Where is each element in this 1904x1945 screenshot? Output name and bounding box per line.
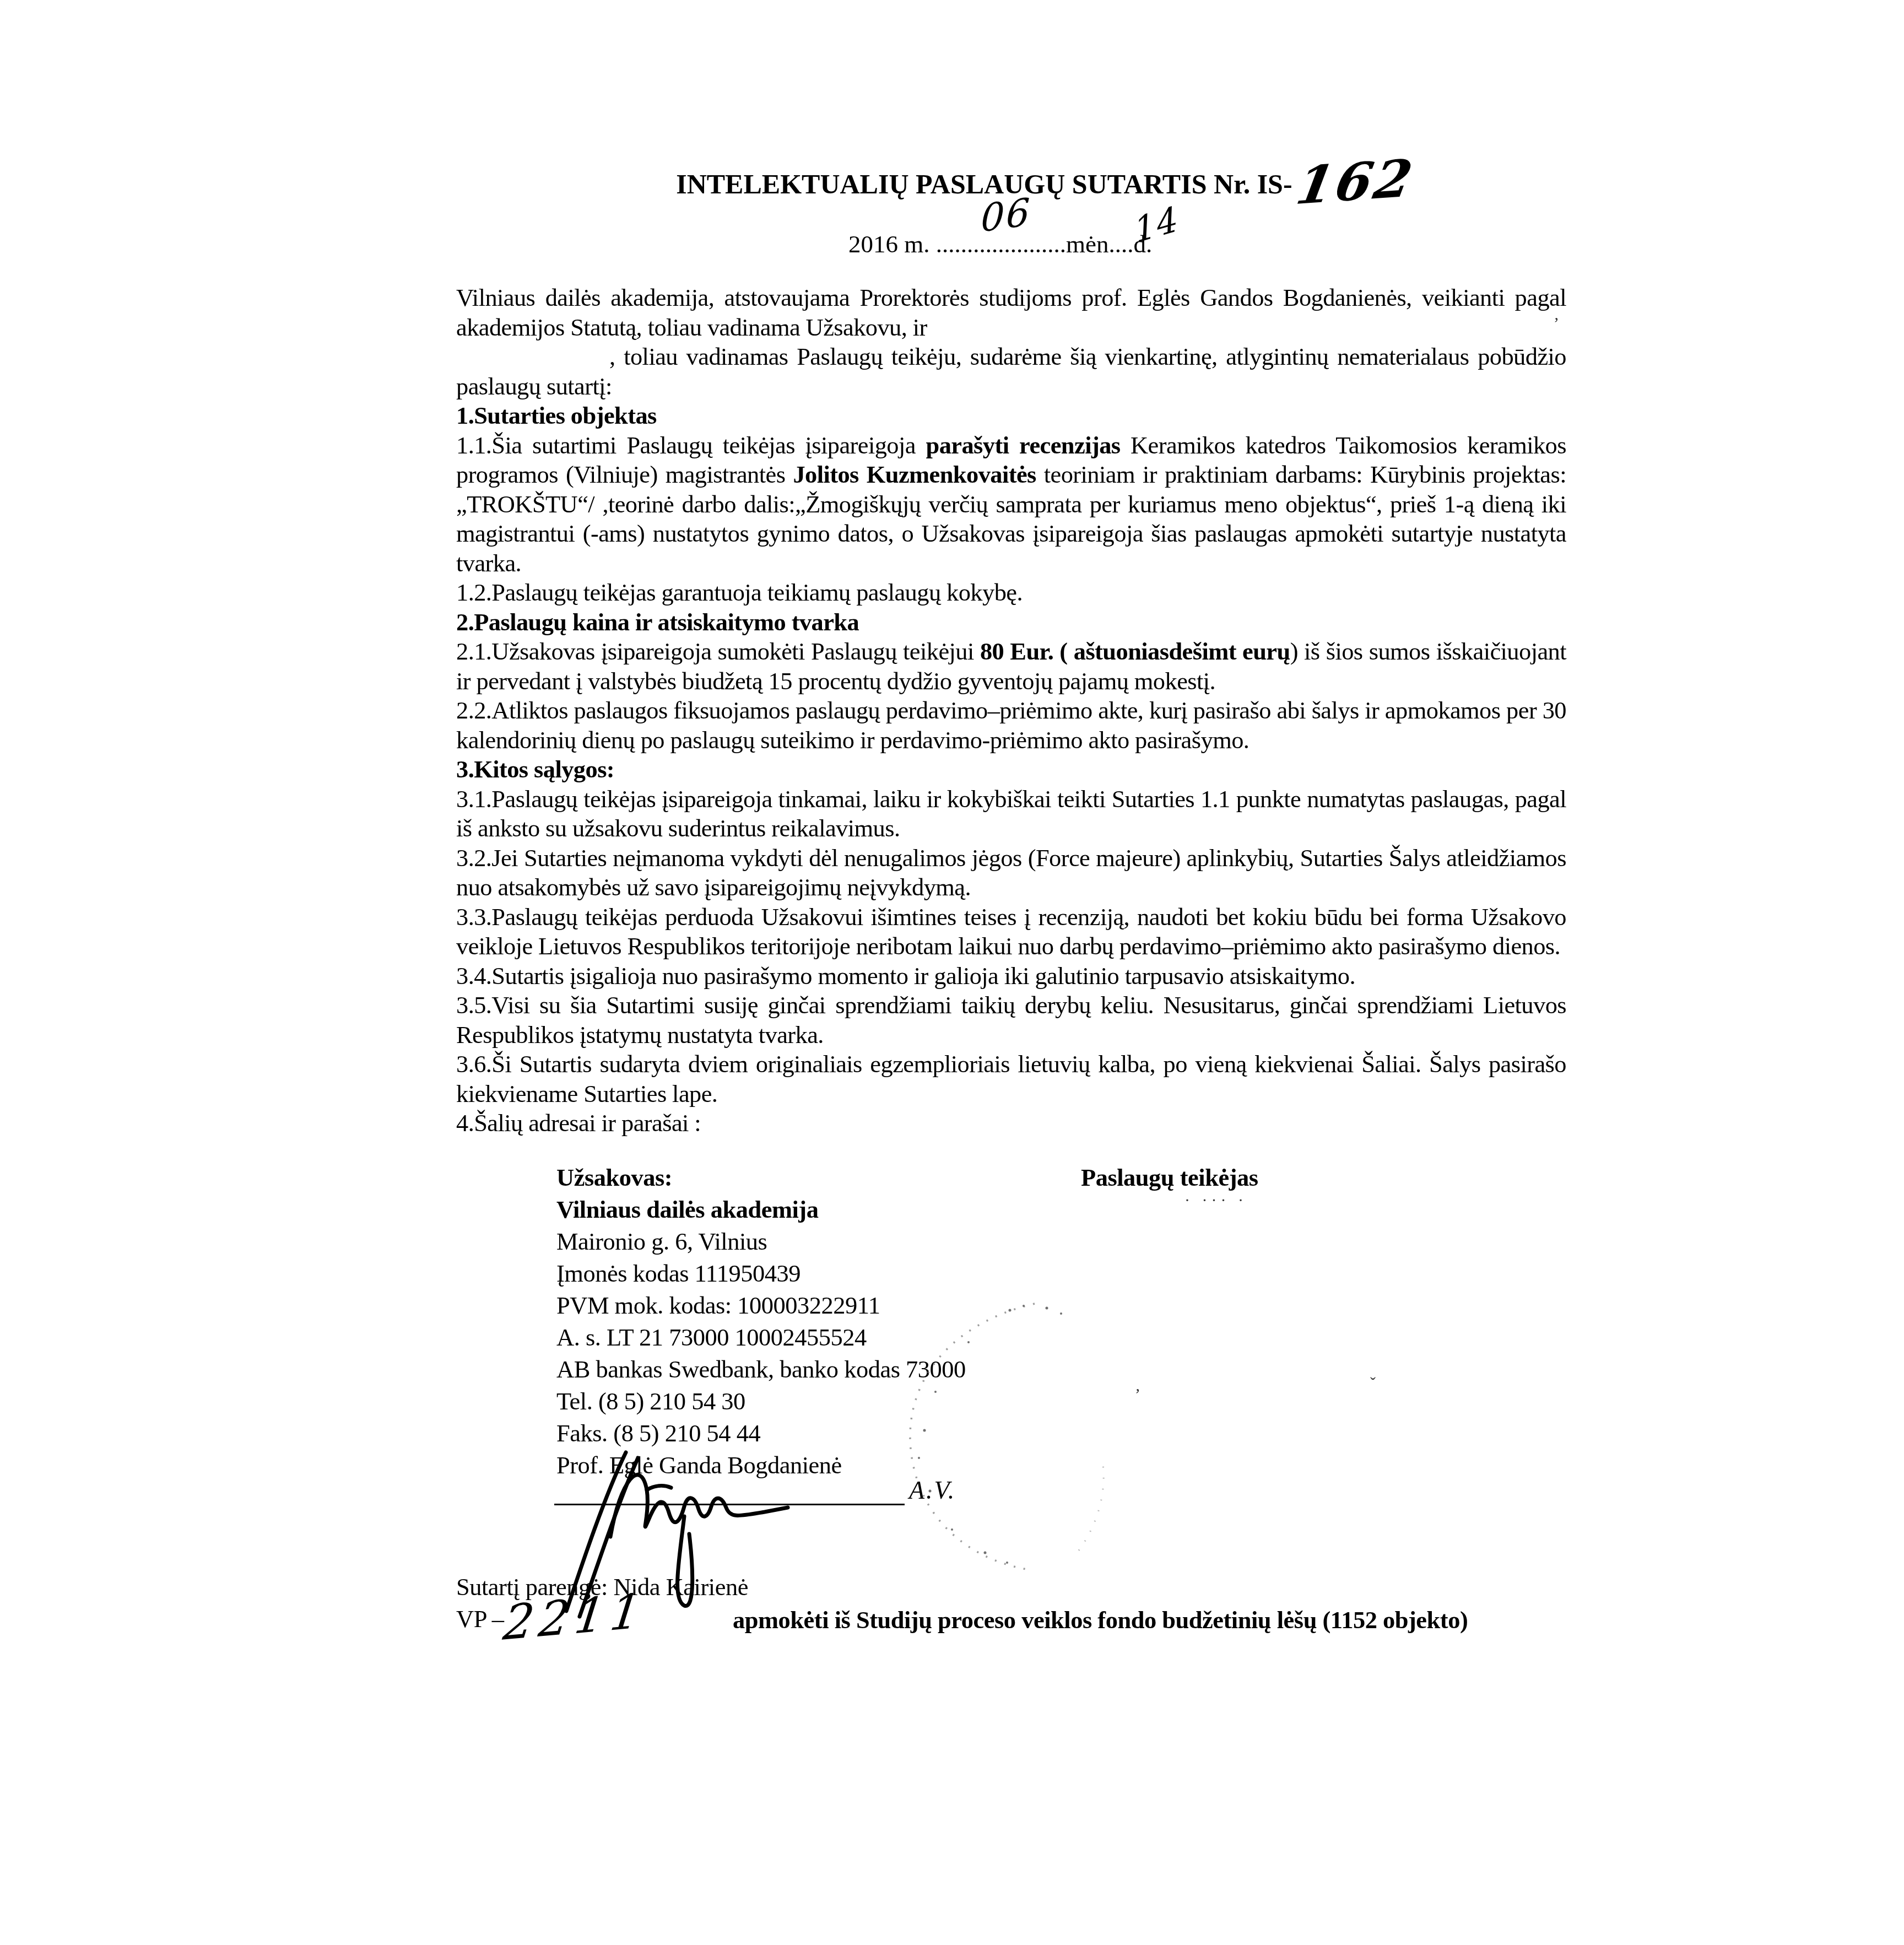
clause-2-2: 2.2.Atliktos paslaugos fiksuojamos pasla… [456,696,1566,755]
handwritten-contract-number: 162 [1297,179,1413,187]
contract-document: INTELEKTUALIŲ PASLAUGŲ SUTARTIS Nr. IS-1… [456,168,1566,1744]
section-2-heading: 2.Paslaugų kaina ir atsiskaitymo tvarka [456,608,1566,637]
customer-name: Vilniaus dailės akademija [556,1195,818,1224]
seal-note-av: A.V. [909,1476,956,1505]
funding-note: apmokėti iš Studijų proceso veiklos fond… [733,1606,1468,1634]
customer-vat-code: PVM mok. kodas: 100003222911 [556,1291,880,1320]
signature-line [554,1504,905,1505]
clause-2-1: 2.1.Užsakovas įsipareigoja sumokėti Pasl… [456,637,1566,696]
clause-2-1-run1: 2.1.Užsakovas įsipareigoja sumokėti Pasl… [456,637,980,665]
contract-body: Vilniaus dailės akademija, atstovaujama … [456,283,1566,1138]
contract-date-line: 2016 m. .....................mėn....d. 0… [456,230,1566,259]
stamp-smudge [842,1293,1150,1601]
contract-title: INTELEKTUALIŲ PASLAUGŲ SUTARTIS Nr. IS-1… [522,168,1566,200]
clause-3-3: 3.3.Paslaugų teikėjas perduoda Užsakovui… [456,903,1566,961]
clause-3-2: 3.2.Jei Sutarties neįmanoma vykdyti dėl … [456,844,1566,903]
handwritten-vp-number: 2211 [501,1587,649,1647]
section-1-heading: 1.Sutarties objektas [456,401,1566,431]
customer-phone: Tel. (8 5) 210 54 30 [556,1387,745,1415]
provider-label: Paslaugų teikėjas [1081,1163,1258,1192]
clause-1-1-bold2: Jolitos Kuzmenkovaitės [793,461,1036,488]
section-4-heading: 4.Šalių adresai ir parašai : [456,1109,1566,1138]
handwritten-month: 06 [981,197,1032,234]
clause-1-1: 1.1.Šia sutartimi Paslaugų teikėjas įsip… [456,431,1566,579]
date-year: 2016 m. [848,230,936,258]
customer-address: Maironio g. 6, Vilnius [556,1227,767,1256]
section-3-heading: 3.Kitos sąlygos: [456,755,1566,785]
clause-2-1-bold1: 80 Eur. ( aštuoniasdešimt eurų [980,637,1290,665]
vp-label: VP – [456,1604,504,1633]
clause-3-1: 3.1.Paslaugų teikėjas įsipareigoja tinka… [456,785,1566,844]
intro-paragraph-1: Vilniaus dailės akademija, atstovaujama … [456,283,1566,342]
intro-paragraph-2: , toliau vadinamas Paslaugų teikėju, sud… [456,342,1566,401]
clause-3-4: 3.4.Sutartis įsigalioja nuo pasirašymo m… [456,961,1566,991]
clause-1-2: 1.2.Paslaugų teikėjas garantuoja teikiam… [456,578,1566,608]
clause-3-6: 3.6.Ši Sutartis sudaryta dviem originali… [456,1050,1566,1109]
scan-artifact-tick: ‚ [1135,1376,1140,1395]
scan-artifact-vee: ˇ [1370,1374,1376,1393]
clause-1-1-bold1: parašyti recenzijas [926,431,1121,459]
date-dots-day: .... [1109,230,1134,258]
customer-label: Užsakovas: [556,1163,672,1192]
scanned-contract-page: INTELEKTUALIŲ PASLAUGŲ SUTARTIS Nr. IS-1… [0,0,1904,1945]
contract-title-text: INTELEKTUALIŲ PASLAUGŲ SUTARTIS Nr. IS- [676,169,1292,199]
date-month-label: mėn [1066,230,1108,258]
clause-1-1-run1: 1.1.Šia sutartimi Paslaugų teikėjas įsip… [456,431,926,459]
customer-company-code: Įmonės kodas 111950439 [556,1259,800,1288]
clause-3-5: 3.5.Visi su šia Sutartimi susiję ginčai … [456,991,1566,1050]
customer-bank-account: A. s. LT 21 73000 10002455524 [556,1323,867,1352]
signatures-block: Užsakovas: Vilniaus dailės akademija Mai… [456,1138,1566,1744]
provider-faint-marks: · ··· · [1184,1191,1247,1210]
handwritten-day: 14 [1133,204,1181,246]
